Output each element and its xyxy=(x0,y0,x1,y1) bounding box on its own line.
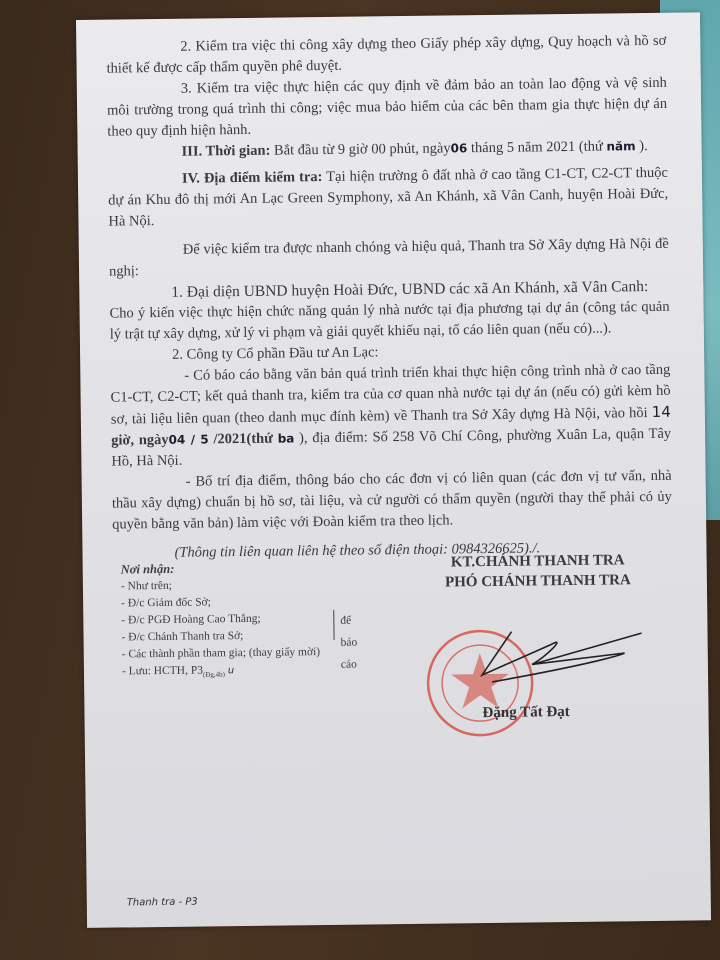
document-page: 2. Kiểm tra việc thi công xây dựng theo … xyxy=(76,12,711,928)
handwritten-weekday-2: ba xyxy=(278,431,295,445)
signature-title-line-2: PHÓ CHÁNH THANH TRA xyxy=(413,570,663,593)
item-2: 2. Kiểm tra việc thi công xây dựng theo … xyxy=(106,31,666,80)
signer-name: Đặng Tất Đạt xyxy=(482,704,569,722)
recipient-item: - Lưu: HCTH, P3(Đg,4b) u xyxy=(122,661,321,685)
recipient-item: - Các thành phần tham gia; (thay giấy mờ… xyxy=(122,644,321,663)
handwritten-initial: u xyxy=(228,665,234,676)
handwritten-hour: 14 xyxy=(652,403,671,421)
handwritten-day: 06 xyxy=(451,141,468,155)
signature-title: KT.CHÁNH THANH TRA PHÓ CHÁNH THANH TRA xyxy=(413,550,663,593)
section-location-label: IV. Địa điểm kiểm tra: xyxy=(182,169,323,187)
section-time-label: III. Thời gian: xyxy=(182,143,271,160)
request-1-text: Cho ý kiến việc thực hiện chức năng quản… xyxy=(109,297,669,346)
document-body: 2. Kiểm tra việc thi công xây dựng theo … xyxy=(106,31,672,565)
request-2-bullet-1: - Có báo cáo bằng văn bản quá trình triể… xyxy=(110,360,671,473)
signature-icon xyxy=(471,625,672,697)
handwritten-weekday: năm xyxy=(606,139,635,153)
item-3: 3. Kiểm tra việc thực hiện các quy định … xyxy=(107,73,668,143)
handwritten-date: 04 / 5 xyxy=(169,432,209,446)
footer-label: Thanh tra - P3 xyxy=(127,897,198,909)
report-note: để báo cáo xyxy=(333,610,357,640)
section-location: IV. Địa điểm kiểm tra: Tại hiện trường ô… xyxy=(108,163,669,233)
recipients-block: Nơi nhận: - Như trên; - Đ/c Giám đốc Sở;… xyxy=(121,559,321,685)
request-2-bullet-2: - Bố trí địa điểm, thông báo cho các đơn… xyxy=(112,466,673,536)
request-intro: Để việc kiểm tra được nhanh chóng và hiệ… xyxy=(109,234,669,283)
